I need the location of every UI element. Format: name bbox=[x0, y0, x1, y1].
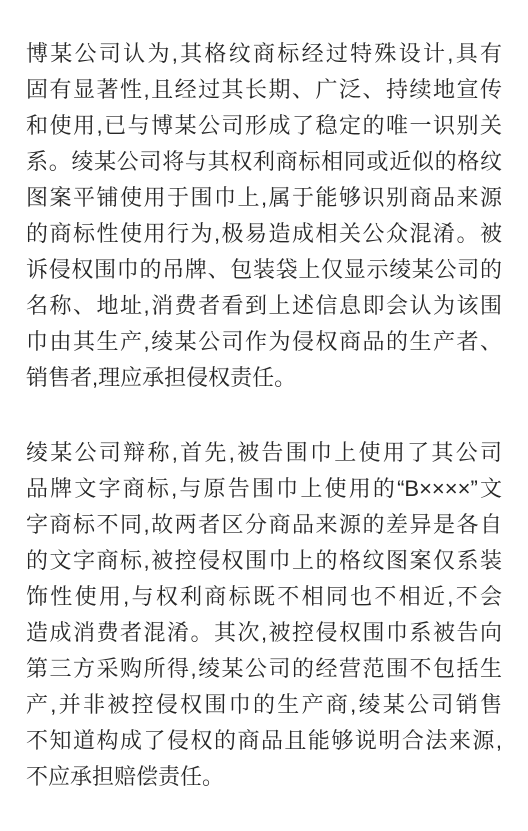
text-line: 品牌文字商标,与原告围巾上使用的“B××××”文 bbox=[26, 471, 502, 507]
text-line: 的文字商标,被控侵权围巾上的格纹图案仅系装 bbox=[26, 543, 502, 579]
text-line: 博某公司认为,其格纹商标经过特殊设计,具有 bbox=[26, 36, 502, 72]
text-line: 固有显著性,且经过其长期、广泛、持续地宣传 bbox=[26, 72, 502, 108]
article-body: 博某公司认为,其格纹商标经过特殊设计,具有固有显著性,且经过其长期、广泛、持续地… bbox=[26, 36, 502, 795]
text-line: 饰性使用,与权利商标既不相同也不相近,不会 bbox=[26, 579, 502, 615]
text-line: 的商标性使用行为,极易造成相关公众混淆。被 bbox=[26, 216, 502, 252]
text-line: 绫某公司辩称,首先,被告围巾上使用了其公司 bbox=[26, 435, 502, 471]
text-line: 销售者,理应承担侵权责任。 bbox=[26, 360, 502, 396]
text-line: 产,并非被控侵权围巾的生产商,绫某公司销售 bbox=[26, 687, 502, 723]
text-line: 系。绫某公司将与其权利商标相同或近似的格纹 bbox=[26, 144, 502, 180]
text-line: 不应承担赔偿责任。 bbox=[26, 759, 502, 795]
paragraph-2: 绫某公司辩称,首先,被告围巾上使用了其公司品牌文字商标,与原告围巾上使用的“B×… bbox=[26, 435, 502, 795]
article-page: 博某公司认为,其格纹商标经过特殊设计,具有固有显著性,且经过其长期、广泛、持续地… bbox=[0, 0, 528, 831]
text-line: 诉侵权围巾的吊牌、包装袋上仅显示绫某公司的 bbox=[26, 252, 502, 288]
text-line: 和使用,已与博某公司形成了稳定的唯一识别关 bbox=[26, 108, 502, 144]
text-line: 造成消费者混淆。其次,被控侵权围巾系被告向 bbox=[26, 615, 502, 651]
text-line: 字商标不同,故两者区分商品来源的差异是各自 bbox=[26, 507, 502, 543]
text-line: 第三方采购所得,绫某公司的经营范围不包括生 bbox=[26, 651, 502, 687]
text-line: 图案平铺使用于围巾上,属于能够识别商品来源 bbox=[26, 180, 502, 216]
paragraph-1: 博某公司认为,其格纹商标经过特殊设计,具有固有显著性,且经过其长期、广泛、持续地… bbox=[26, 36, 502, 396]
text-line: 巾由其生产,绫某公司作为侵权商品的生产者、 bbox=[26, 324, 502, 360]
text-line: 名称、地址,消费者看到上述信息即会认为该围 bbox=[26, 288, 502, 324]
text-line: 不知道构成了侵权的商品且能够说明合法来源, bbox=[26, 723, 502, 759]
